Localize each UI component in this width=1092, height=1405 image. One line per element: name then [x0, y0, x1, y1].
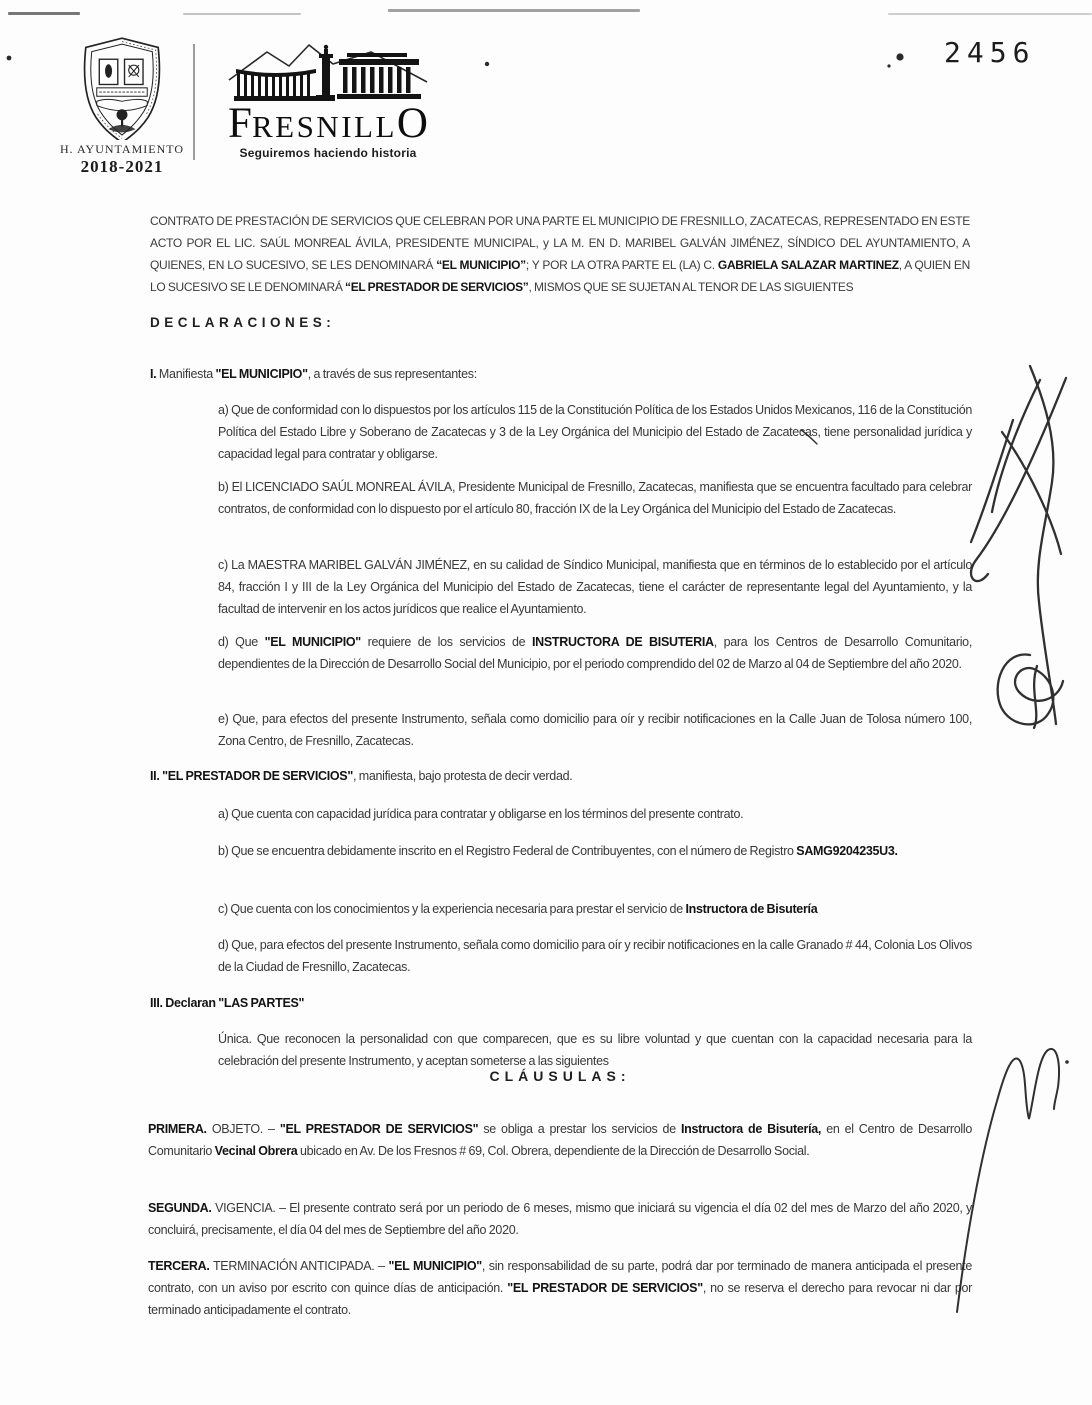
letterhead-divider: [193, 44, 195, 160]
declaration-i-item-c: c) La MAESTRA MARIBEL GALVÁN JIMÉNEZ, en…: [218, 554, 972, 620]
declaration-i-item-a: a) Que de conformidad con lo dispuestos …: [218, 399, 972, 465]
fresnillo-wordmark: FRESNILLO: [218, 102, 438, 145]
declaration-unica: Única. Que reconocen la personalidad con…: [218, 1028, 972, 1072]
declaration-ii-item-c: c) Que cuenta con los conocimientos y la…: [218, 898, 972, 920]
declaration-i: I. Manifiesta "EL MUNICIPIO", a través d…: [150, 363, 970, 385]
crest-caption: H. AYUNTAMIENTO: [58, 142, 186, 157]
logo-tagline: Seguiremos haciendo historia: [218, 146, 438, 160]
clause-segunda: SEGUNDA. VIGENCIA. – El presente contrat…: [148, 1197, 972, 1241]
declaration-ii-item-d: d) Que, para efectos del presente Instru…: [218, 934, 972, 978]
folio-number: 2456: [944, 36, 1035, 69]
crest-years: 2018-2021: [58, 157, 186, 177]
fresnillo-logo: FRESNILLO Seguiremos haciendo historia: [218, 40, 438, 160]
declaration-i-item-e: e) Que, para efectos del presente Instru…: [218, 708, 972, 752]
clause-tercera: TERCERA. TERMINACIÓN ANTICIPADA. – "EL M…: [148, 1255, 972, 1321]
contract-intro-paragraph: CONTRATO DE PRESTACIÓN DE SERVICIOS QUE …: [150, 210, 970, 298]
declaration-iii: III. Declaran "LAS PARTES": [150, 992, 970, 1014]
scan-edge-line: [8, 12, 80, 15]
scan-edge-line: [183, 13, 301, 15]
clause-primera: PRIMERA. OBJETO. – "EL PRESTADOR DE SERV…: [148, 1118, 972, 1162]
scan-edge-line: [388, 9, 640, 12]
scanned-contract-page: H. AYUNTAMIENTO 2018-2021: [0, 0, 1092, 1405]
declaration-i-item-b: b) El LICENCIADO SAÚL MONREAL ÁVILA, Pre…: [218, 476, 972, 520]
declaration-ii-item-b: b) Que se encuentra debidamente inscrito…: [218, 840, 972, 862]
cross-scribble-signature: [971, 366, 1066, 724]
fresnillo-skyline-icon: [222, 40, 434, 106]
m-flourish-signature: [957, 1049, 1069, 1312]
loop-flourish: [998, 655, 1063, 728]
clauses-heading: CLÁUSULAS:: [150, 1068, 970, 1084]
declaration-ii: II. "EL PRESTADOR DE SERVICIOS", manifie…: [150, 765, 970, 787]
coat-of-arms-shield-icon: [62, 34, 182, 140]
declaration-i-item-d: d) Que "EL MUNICIPIO" requiere de los se…: [218, 631, 972, 675]
declarations-heading: DECLARACIONES:: [150, 315, 335, 330]
municipal-coat-of-arms: H. AYUNTAMIENTO 2018-2021: [58, 34, 186, 177]
declaration-ii-item-a: a) Que cuenta con capacidad jurídica par…: [218, 803, 972, 825]
scan-edge-line: [888, 13, 1092, 15]
